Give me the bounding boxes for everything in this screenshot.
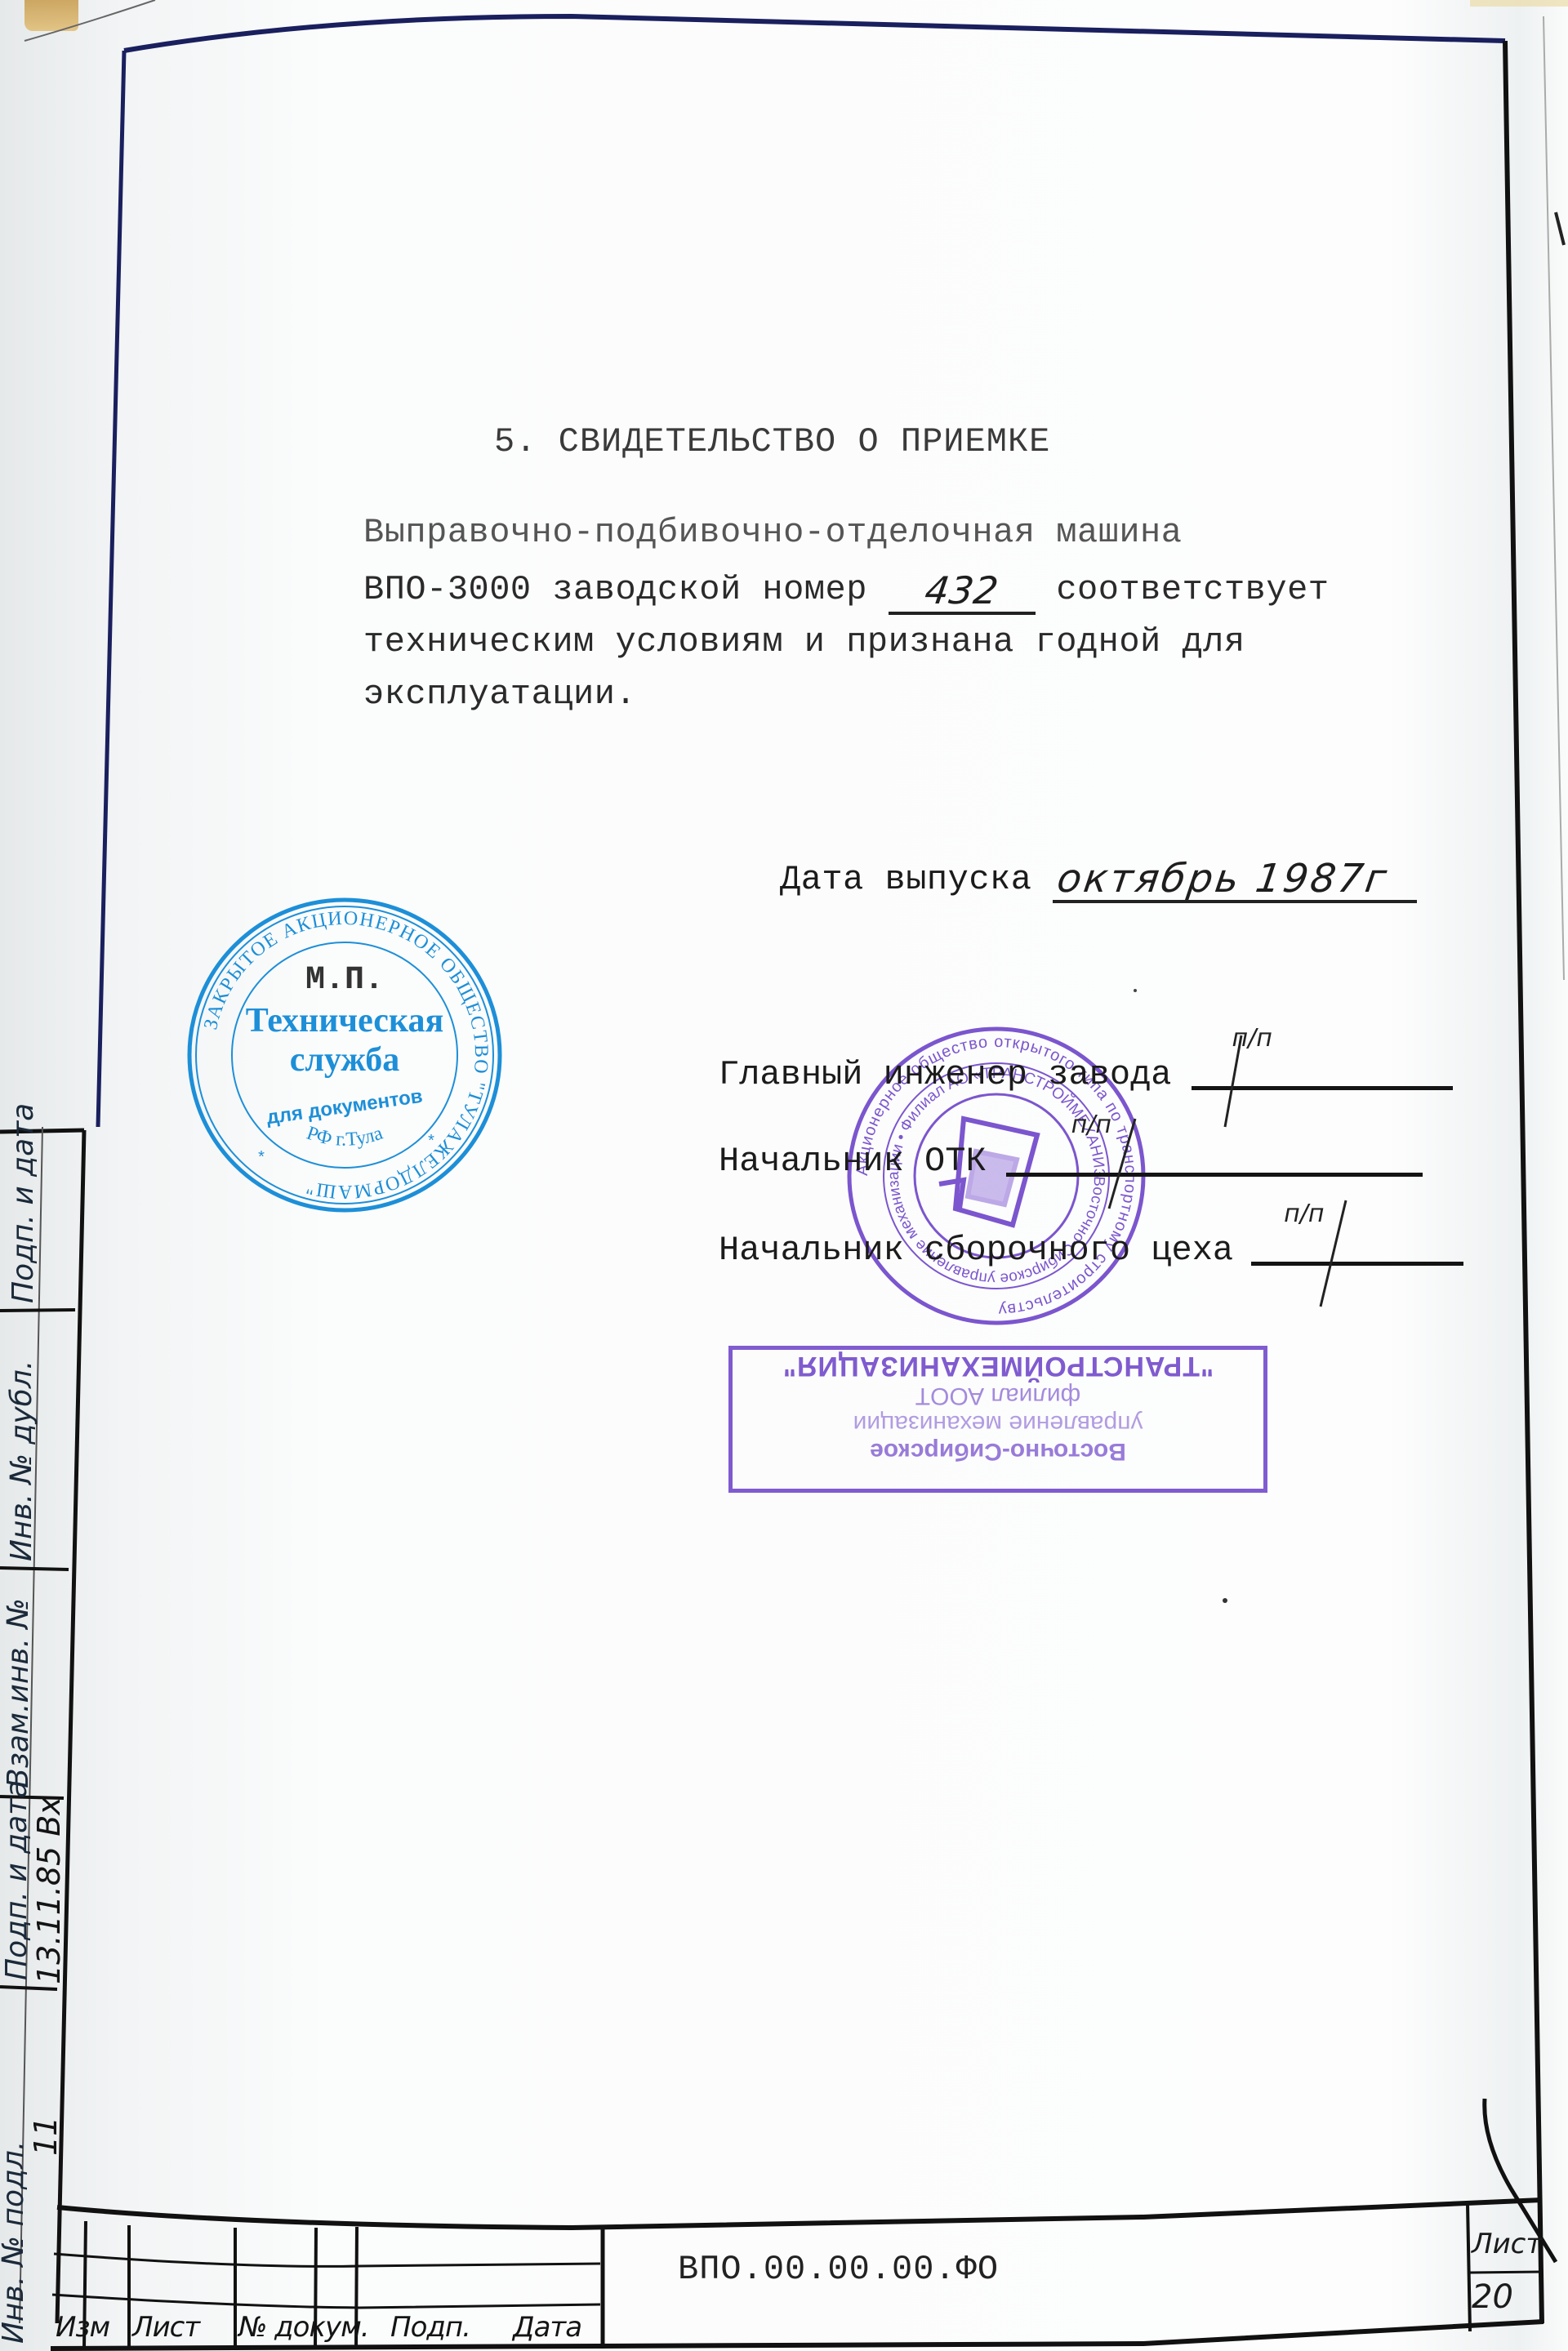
tb-header-date: Дата <box>513 2311 581 2344</box>
document-code: ВПО.00.00.00.ФО <box>678 2250 999 2289</box>
rect-stamp-line3: филиал АООТ <box>733 1382 1263 1409</box>
rect-stamp-line1: Восточно-Сибирское <box>733 1437 1263 1465</box>
strip-label-original-inventory: Инв. № подл. <box>0 2141 30 2344</box>
rect-stamp-line4: "ТРАНСТРОЙМЕХАНИЗАЦИЯ" <box>733 1350 1263 1382</box>
tb-header-signature: Подп. <box>390 2311 470 2344</box>
strip-label-replacement-inventory: Взам.инв. № <box>2 1598 35 1788</box>
strip-label-sign-date-bottom: Подп. и дата <box>0 1780 33 1980</box>
purple-rect-stamp-text: Восточно-Сибирское управление механизаци… <box>733 1350 1263 1475</box>
strip-label-sign-date-top: Подп. и дата <box>7 1103 40 1303</box>
sheet-label: Лист <box>1472 2228 1542 2260</box>
sheet-number: 20 <box>1472 2278 1513 2316</box>
tb-header-change: Изм <box>56 2311 109 2344</box>
rect-stamp-line2: управление механизации <box>733 1409 1263 1437</box>
signature-strokes <box>0 0 1568 2351</box>
strip-value-sign-date: 13.11.85 Вх <box>31 1797 67 1984</box>
tb-header-doc-number: № докум. <box>238 2311 369 2344</box>
strip-label-dup-inventory: Инв. № дубл. <box>5 1360 38 1561</box>
tb-header-sheet: Лист <box>132 2311 199 2344</box>
strip-value-original-inventory: 11 <box>28 2117 64 2156</box>
purple-rect-stamp: Восточно-Сибирское управление механизаци… <box>728 1346 1267 1493</box>
